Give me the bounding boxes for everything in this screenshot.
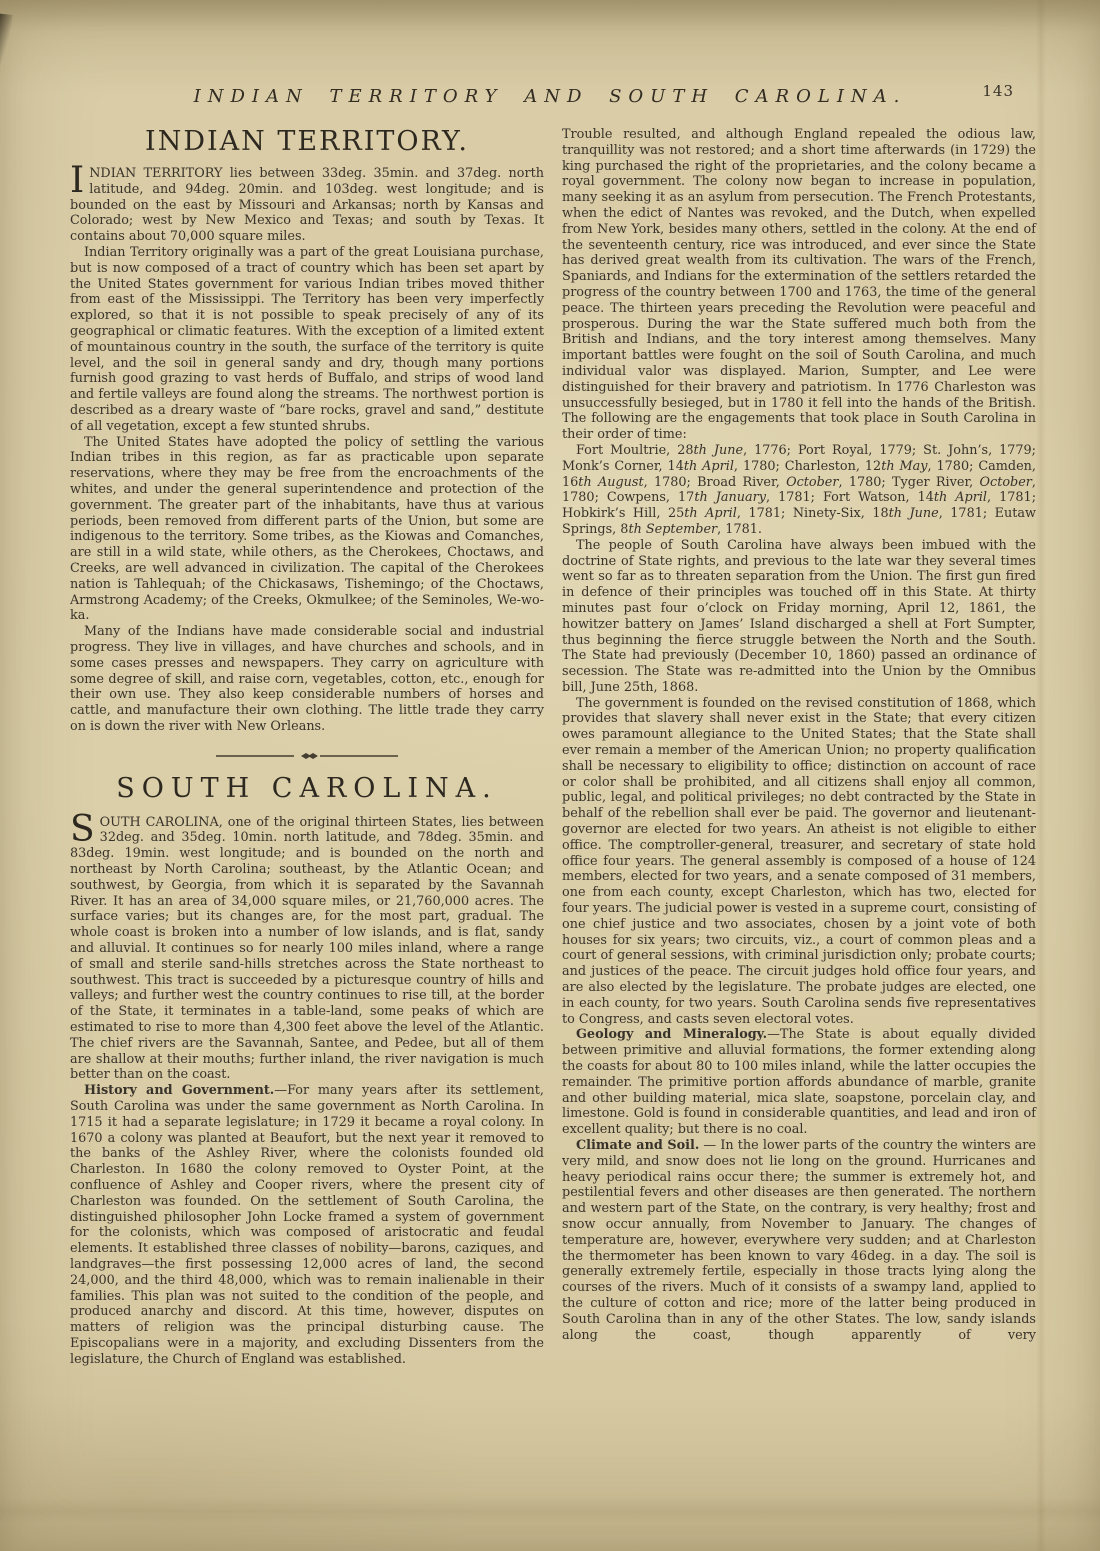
section-heading-south-carolina: SOUTH CAROLINA. xyxy=(70,774,544,804)
paragraph-indian-territory-3: The United States have adopted the polic… xyxy=(70,435,544,625)
paragraph-state-rights: The people of South Carolina have always… xyxy=(562,538,1036,696)
section-heading-indian-territory: INDIAN TERRITORY. xyxy=(70,127,544,157)
paragraph-south-carolina-1: SOUTH CAROLINA, one of the original thir… xyxy=(70,815,544,1084)
running-head-title: INDIAN TERRITORY AND SOUTH CAROLINA. xyxy=(0,86,1100,107)
paragraph-battle-engagements: Fort Moultrie, 28th June, 1776; Port Roy… xyxy=(562,443,1036,538)
paragraph-lead-geology: Geology and Mineralogy. xyxy=(576,1027,767,1042)
paragraph-lead-history: History and Government. xyxy=(84,1083,274,1098)
paragraph-indian-territory-4: Many of the Indians have made considerab… xyxy=(70,624,544,735)
divider-ornament-icon xyxy=(212,751,402,761)
paragraph-government-constitution: The government is founded on the revised… xyxy=(562,696,1036,1028)
column-right: Trouble resulted, and although England r… xyxy=(562,127,1036,1368)
drop-cap-i: I xyxy=(70,166,89,194)
paragraph-text: OUTH CAROLINA, one of the original thirt… xyxy=(70,815,544,1083)
running-header: INDIAN TERRITORY AND SOUTH CAROLINA. 143 xyxy=(0,0,1100,107)
paragraph-climate-soil: Climate and Soil. — In the lower parts o… xyxy=(562,1138,1036,1343)
paragraph-geology-mineralogy: Geology and Mineralogy.—The State is abo… xyxy=(562,1027,1036,1138)
paragraph-text: —The State is about equally divided betw… xyxy=(562,1027,1036,1137)
scan-bottom-band xyxy=(0,1497,1100,1523)
paragraph-indian-territory-1: INDIAN TERRITORY lies between 33deg. 35m… xyxy=(70,166,544,245)
paragraph-lead-climate: Climate and Soil. xyxy=(576,1138,699,1153)
section-divider xyxy=(70,751,544,761)
paragraph-indian-territory-2: Indian Territory originally was a part o… xyxy=(70,245,544,435)
column-left: INDIAN TERRITORY. INDIAN TERRITORY lies … xyxy=(70,127,544,1368)
paragraph-text: NDIAN TERRITORY lies between 33deg. 35mi… xyxy=(70,166,544,244)
paragraph-history-government: History and Government.—For many years a… xyxy=(70,1083,544,1367)
paragraph-text: —For many years after its settlement, So… xyxy=(70,1083,544,1367)
drop-cap-s: S xyxy=(70,815,100,843)
scan-crease xyxy=(1036,0,1046,1551)
page-number: 143 xyxy=(982,82,1014,100)
paragraph-trouble-resulted: Trouble resulted, and although England r… xyxy=(562,127,1036,443)
paragraph-text: — In the lower parts of the country the … xyxy=(562,1138,1036,1343)
text-columns: INDIAN TERRITORY. INDIAN TERRITORY lies … xyxy=(0,107,1100,1368)
book-page-scan: INDIAN TERRITORY AND SOUTH CAROLINA. 143… xyxy=(0,0,1100,1551)
